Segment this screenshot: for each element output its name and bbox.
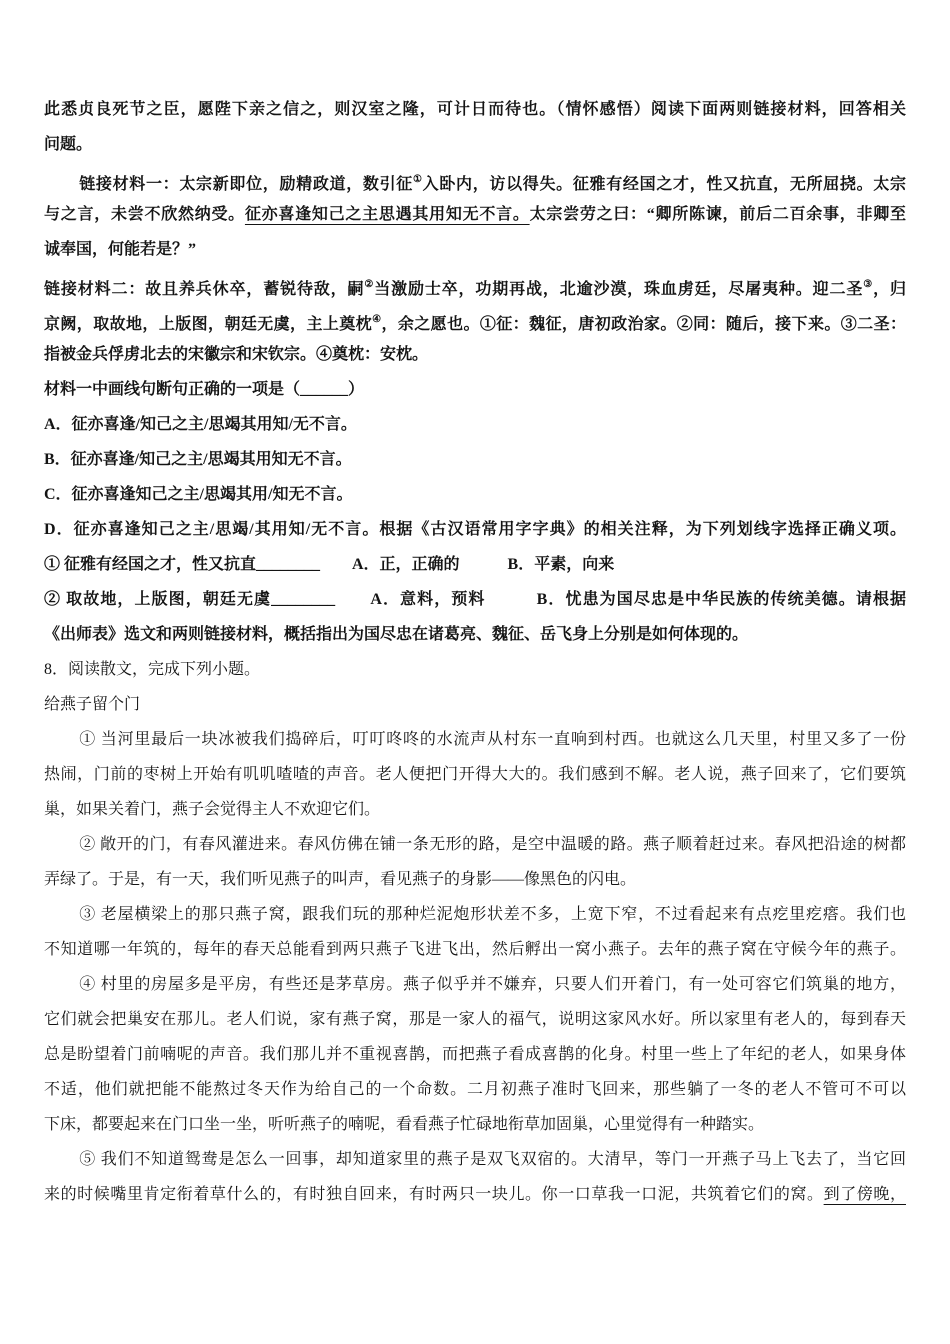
essay-p1-line-1: ① 当河里最后一块冰被我们捣碎后，叮叮咚咚的水流声从村东一直响到村西。也就这么几… — [44, 722, 906, 757]
text-segment: 材料一中画线句断句正确的一项是（______） — [44, 381, 364, 398]
material-1-line-3: 诚奉国，何能若是？” — [44, 232, 906, 267]
essay-p5-line-2: 来的时候嘴里肯定衔着草什么的，有时独自回来，有时两只一块儿。你一口草我一口泥，共… — [44, 1177, 906, 1212]
essay-p4-line-3: 总是盼望着门前喃呢的声音。我们那儿并不重视喜鹊，而把燕子看成喜鹊的化身。村里一些… — [44, 1037, 906, 1072]
text-segment: ② 敞开的门，有春风灌进来。春风仿佛在铺一条无形的路，是空中温暖的路。燕子顺着赶… — [79, 836, 906, 853]
essay-title: 给燕子留个门 — [44, 687, 906, 722]
essay-p4-line-1: ④ 村里的房屋多是平房，有些还是茅草房。燕子似乎并不嫌弃，只要人们开着门，有一处… — [44, 967, 906, 1002]
underlined-text: 征亦喜逢知己之主思遇其用知无不言。 — [245, 206, 530, 223]
intro-line-1: 此悉贞良死节之臣，愿陛下亲之信之，则汉室之隆，可计日而待也。（情怀感悟）阅读下面… — [44, 92, 906, 127]
document-text: 此悉贞良死节之臣，愿陛下亲之信之，则汉室之隆，可计日而待也。（情怀感悟）阅读下面… — [0, 0, 950, 1212]
text-segment: B．征亦喜逢/知己之主/思竭其用知无不言。 — [44, 451, 352, 468]
word-meaning-item-1: ① 征雅有经国之才，性又抗直________ A．正，正确的 B．平素，向来 — [44, 547, 906, 582]
text-segment: 8．阅读散文，完成下列小题。 — [44, 661, 260, 678]
text-segment: 总是盼望着门前喃呢的声音。我们那儿并不重视喜鹊，而把燕子看成喜鹊的化身。村里一些… — [44, 1046, 906, 1063]
text-segment: 巢，如果关着门，燕子会觉得主人不欢迎它们。 — [44, 801, 380, 818]
text-segment: 链接材料二：故且养兵休卒，蓄锐待敌，嗣 — [44, 281, 364, 298]
essay-p1-line-3: 巢，如果关着门，燕子会觉得主人不欢迎它们。 — [44, 792, 906, 827]
word-meaning-item-2: ② 取故地，上版图，朝廷无虞________ A．意料，预料 B．忧患为国尽忠是… — [44, 582, 906, 617]
text-segment: 它们就会把巢安在那儿。老人们说，家有燕子窝，那是一家人的福气，说明这家风水好。所… — [44, 1011, 906, 1028]
text-segment: 来的时候嘴里肯定衔着草什么的，有时独自回来，有时两只一块儿。你一口草我一口泥，共… — [44, 1186, 824, 1203]
essay-p3-line-2: 不知道哪一年筑的，每年的春天总能看到两只燕子飞进飞出，然后孵出一窝小燕子。去年的… — [44, 932, 906, 967]
material-2-line-3: 指被金兵俘虏北去的宋徽宗和宋钦宗。④奠枕：安枕。 — [44, 337, 906, 372]
essay-p4-line-2: 它们就会把巢安在那儿。老人们说，家有燕子窝，那是一家人的福气，说明这家风水好。所… — [44, 1002, 906, 1037]
essay-p2-line-2: 弄绿了。于是，有一天，我们听见燕子的叫声，看见燕子的身影——像黑色的闪电。 — [44, 862, 906, 897]
essay-p3-line-1: ③ 老屋横梁上的那只燕子窝，跟我们玩的那种烂泥炮形状差不多，上宽下窄，不过看起来… — [44, 897, 906, 932]
text-segment: 《出师表》选文和两则链接材料，概括指出为国尽忠在诸葛亮、魏征、岳飞身上分别是如何… — [44, 626, 748, 643]
text-segment: ④ 村里的房屋多是平房，有些还是茅草房。燕子似乎并不嫌弃，只要人们开着门，有一处… — [79, 976, 906, 993]
word-meaning-wrap-line: 《出师表》选文和两则链接材料，概括指出为国尽忠在诸葛亮、魏征、岳飞身上分别是如何… — [44, 617, 906, 652]
essay-p2-line-1: ② 敞开的门，有春风灌进来。春风仿佛在铺一条无形的路，是空中温暖的路。燕子顺着赶… — [44, 827, 906, 862]
text-segment: ，归 — [873, 281, 906, 298]
footnote-ref: ① — [413, 174, 423, 185]
question-8: 8．阅读散文，完成下列小题。 — [44, 652, 906, 687]
text-segment: D．征亦喜逢知己之主/思竭/其用知/无不言。根据《古汉语常用字字典》的相关注释，… — [44, 521, 906, 538]
text-segment: 指被金兵俘虏北去的宋徽宗和宋钦宗。④奠枕：安枕。 — [44, 346, 428, 363]
text-segment: 不适，他们就把能不能熬过冬天作为给自己的一个命数。二月初燕子准时飞回来，那些躺了… — [44, 1081, 906, 1098]
essay-p4-line-4: 不适，他们就把能不能熬过冬天作为给自己的一个命数。二月初燕子准时飞回来，那些躺了… — [44, 1072, 906, 1107]
text-segment: 入卧内，访以得失。征雅有经国之才，性又抗直，无所屈挠。太宗 — [423, 176, 906, 193]
text-segment: A．征亦喜逢/知己之主/思竭其用知/无不言。 — [44, 416, 357, 433]
text-segment: 与之言，未尝不欣然纳受。 — [44, 206, 245, 223]
text-segment: 问题。 — [44, 136, 92, 153]
underlined-text: 到了傍晚， — [824, 1186, 906, 1203]
text-segment: 弄绿了。于是，有一天，我们听见燕子的叫声，看见燕子的身影——像黑色的闪电。 — [44, 871, 636, 888]
text-segment: 热闹，门前的枣树上开始有叽叽喳喳的声音。老人便把门开得大大的。我们感到不解。老人… — [44, 766, 906, 783]
footnote-ref: ② — [364, 279, 374, 290]
text-segment: 下床，都要起来在门口坐一坐，听听燕子的喃呢，看看燕子忙碌地衔草加固巢，心里觉得有… — [44, 1116, 764, 1133]
option-b: B．征亦喜逢/知己之主/思竭其用知无不言。 — [44, 442, 906, 477]
material-2-line-1: 链接材料二：故且养兵休卒，蓄锐待敌，嗣②当激励士卒，功期再战，北逾沙漠，珠血虏廷… — [44, 267, 906, 302]
text-segment: ③ 老屋横梁上的那只燕子窝，跟我们玩的那种烂泥炮形状差不多，上宽下窄，不过看起来… — [79, 906, 906, 923]
text-segment: C．征亦喜逢知己之主/思竭其用/知无不言。 — [44, 486, 352, 503]
text-segment: ② 取故地，上版图，朝廷无虞________ A．意料，预料 B．忧患为国尽忠是… — [44, 591, 906, 608]
question-duanju-stem: 材料一中画线句断句正确的一项是（______） — [44, 372, 906, 407]
material-1-line-2: 与之言，未尝不欣然纳受。征亦喜逢知己之主思遇其用知无不言。太宗尝劳之曰：“卿所陈… — [44, 197, 906, 232]
intro-line-2: 问题。 — [44, 127, 906, 162]
text-segment: ① 征雅有经国之才，性又抗直________ A．正，正确的 B．平素，向来 — [44, 556, 614, 573]
essay-p1-line-2: 热闹，门前的枣树上开始有叽叽喳喳的声音。老人便把门开得大大的。我们感到不解。老人… — [44, 757, 906, 792]
text-segment: 链接材料一：太宗新即位，励精政道，数引征 — [79, 176, 413, 193]
exam-paper-page: 此悉贞良死节之臣，愿陛下亲之信之，则汉室之隆，可计日而待也。（情怀感悟）阅读下面… — [0, 0, 950, 1344]
text-segment: ，余之愿也。①征：魏征，唐初政治家。②同：随后，接下来。③二圣： — [381, 316, 906, 333]
essay-p5-line-1: ⑤ 我们不知道鸳鸯是怎么一回事，却知道家里的燕子是双飞双宿的。大清早，等门一开燕… — [44, 1142, 906, 1177]
text-segment: 不知道哪一年筑的，每年的春天总能看到两只燕子飞进飞出，然后孵出一窝小燕子。去年的… — [44, 941, 906, 958]
text-segment: ⑤ 我们不知道鸳鸯是怎么一回事，却知道家里的燕子是双飞双宿的。大清早，等门一开燕… — [79, 1151, 906, 1168]
material-2-line-2: 京阙，取故地，上版图，朝廷无虞，主上奠枕④，余之愿也。①征：魏征，唐初政治家。②… — [44, 302, 906, 337]
text-segment: 当激励士卒，功期再战，北逾沙漠，珠血虏廷，尽屠夷种。迎二圣 — [374, 281, 863, 298]
text-segment: 诚奉国，何能若是？” — [44, 241, 196, 258]
essay-p4-line-5: 下床，都要起来在门口坐一坐，听听燕子的喃呢，看看燕子忙碌地衔草加固巢，心里觉得有… — [44, 1107, 906, 1142]
option-d-and-next-question: D．征亦喜逢知己之主/思竭/其用知/无不言。根据《古汉语常用字字典》的相关注释，… — [44, 512, 906, 547]
option-a: A．征亦喜逢/知己之主/思竭其用知/无不言。 — [44, 407, 906, 442]
text-segment: 此悉贞良死节之臣，愿陛下亲之信之，则汉室之隆，可计日而待也。（情怀感悟）阅读下面… — [44, 101, 906, 118]
text-segment: 太宗尝劳之曰：“卿所陈谏，前后二百余事，非卿至 — [530, 206, 906, 223]
footnote-ref: ③ — [863, 279, 873, 290]
text-segment: 京阙，取故地，上版图，朝廷无虞，主上奠枕 — [44, 316, 372, 333]
option-c: C．征亦喜逢知己之主/思竭其用/知无不言。 — [44, 477, 906, 512]
text-segment: 给燕子留个门 — [44, 696, 140, 713]
text-segment: ① 当河里最后一块冰被我们捣碎后，叮叮咚咚的水流声从村东一直响到村西。也就这么几… — [79, 731, 906, 748]
material-1-line-1: 链接材料一：太宗新即位，励精政道，数引征①入卧内，访以得失。征雅有经国之才，性又… — [44, 162, 906, 197]
